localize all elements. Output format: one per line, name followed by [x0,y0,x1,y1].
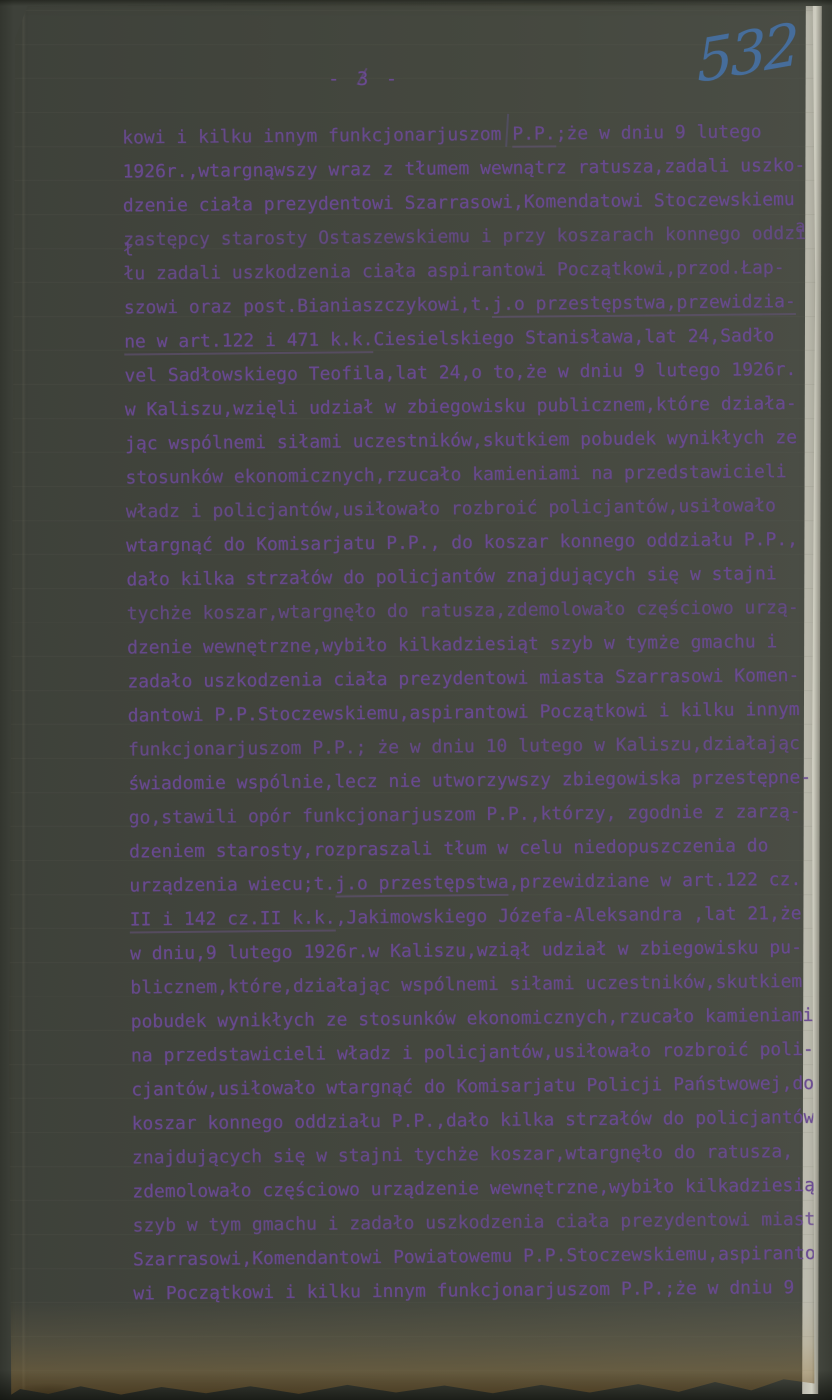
typed-correction-glyph: a [795,219,805,236]
hand-underline: ne w art.122 i 471 k.k. [124,329,373,355]
hand-underline: j.o przestępstwa [335,872,509,898]
torn-edge-stain [8,1301,816,1396]
document-page: - 3 - 532 kowi i kilku innym funkcjonarj… [8,2,816,1396]
hand-underline: P.P. [512,123,556,147]
typed-correction-glyph: ł [123,242,133,259]
text-line: wi Początkowi i kilku innym funkcjonarju… [19,1271,827,1313]
hand-underline: j.o przestępstwa,przewidzia- [492,291,796,318]
archival-page-number-handwritten: 532 [696,15,798,91]
typed-text-block: kowi i kilku innym funkcjonarjuszom P.P.… [8,115,827,1313]
scanned-document-screenshot: - 3 - 532 kowi i kilku innym funkcjonarj… [0,0,832,1400]
hand-underline: II i 142 cz.II k.k. [130,907,336,933]
page-number: - 3 - [328,68,400,90]
